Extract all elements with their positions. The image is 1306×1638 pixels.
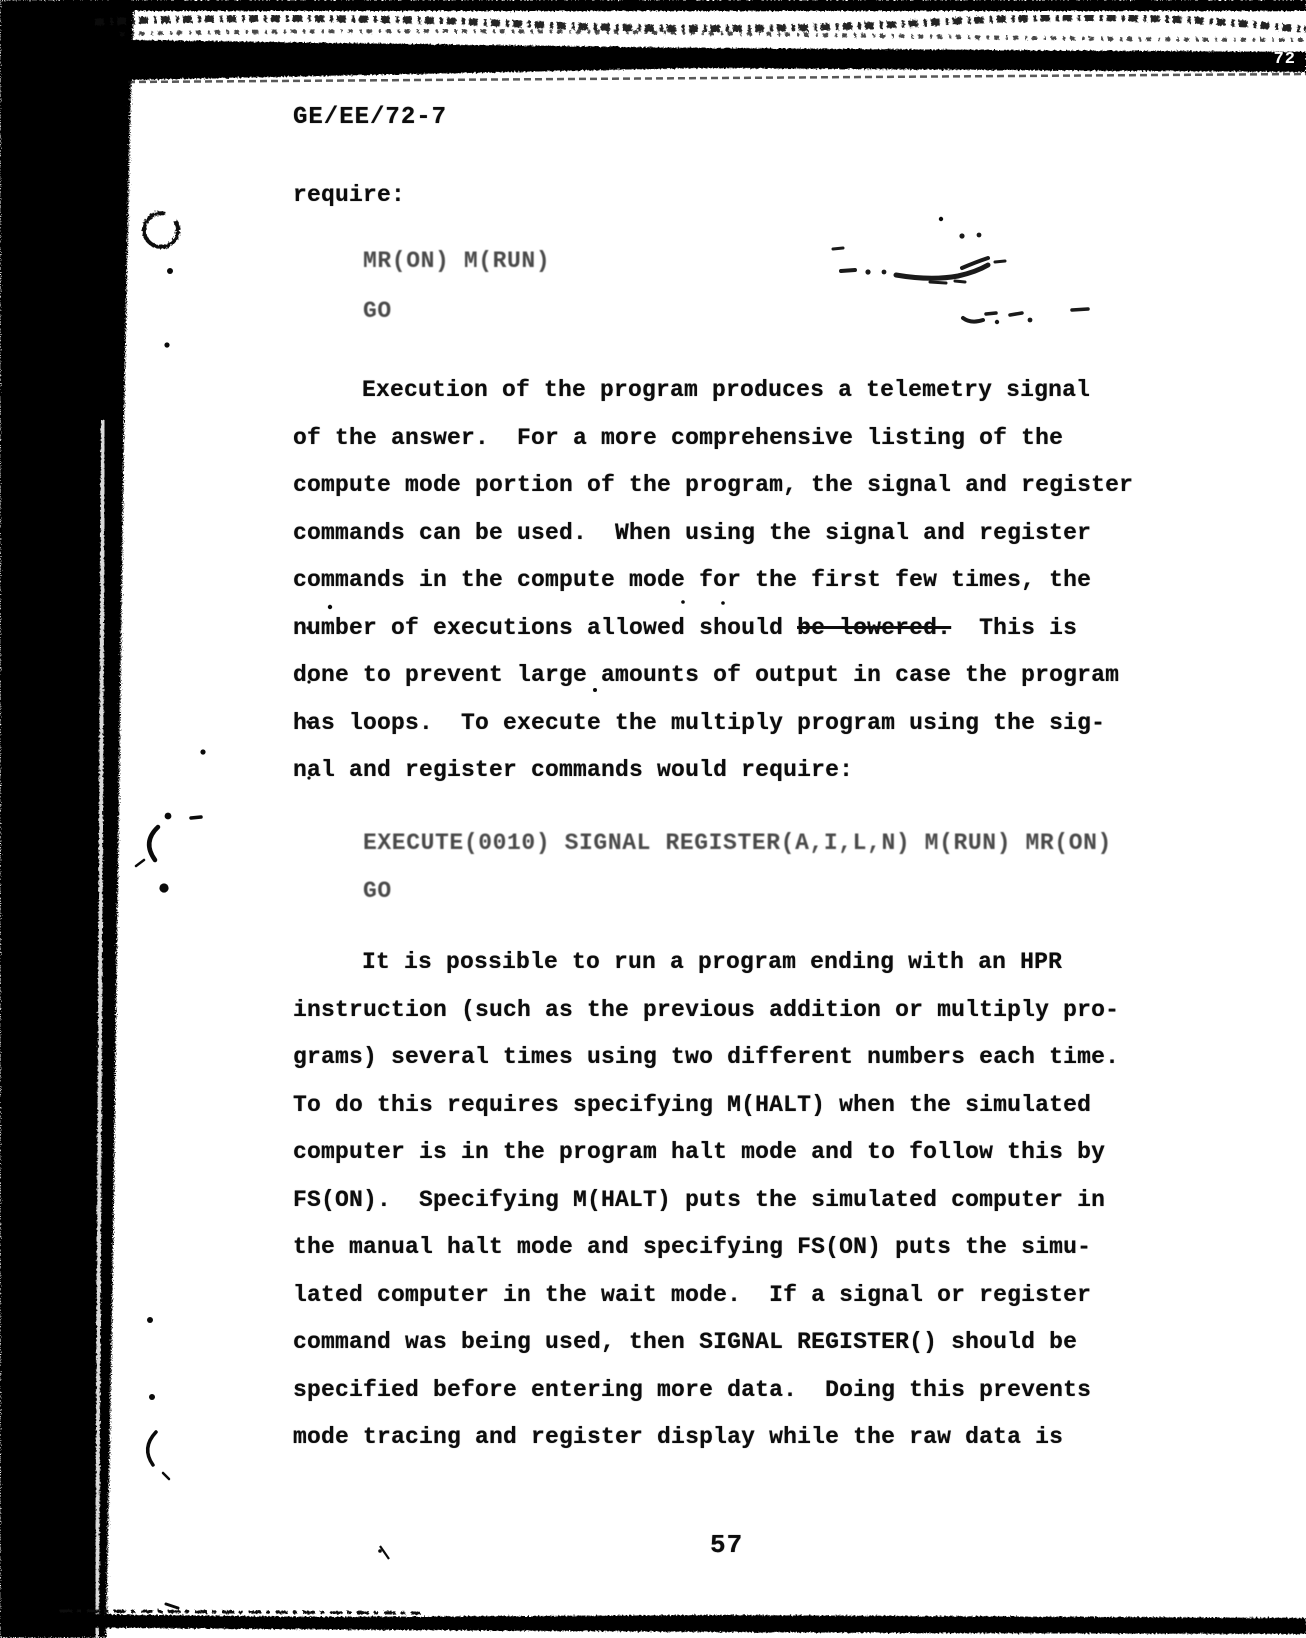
text-line: has loops. To execute the multiply progr… <box>293 700 1133 748</box>
text-line: To do this requires specifying M(HALT) w… <box>293 1082 1119 1130</box>
text-line: compute mode portion of the program, the… <box>293 462 1133 510</box>
text-line-with-strikeout: number of executions allowed should be l… <box>293 605 1133 653</box>
text-line: the manual halt mode and specifying FS(O… <box>293 1224 1119 1272</box>
paragraph-1: Execution of the program produces a tele… <box>293 367 1133 795</box>
text-line: Execution of the program produces a tele… <box>293 367 1133 415</box>
text-line: instruction (such as the previous additi… <box>293 987 1119 1035</box>
command-line-2: GO <box>363 288 392 336</box>
text-line: lated computer in the wait mode. If a si… <box>293 1272 1119 1320</box>
document-number: GE/EE/72-7 <box>293 94 447 142</box>
paragraph-2: It is possible to run a program ending w… <box>293 939 1119 1462</box>
text-line: of the answer. For a more comprehensive … <box>293 415 1133 463</box>
text-line: specified before entering more data. Doi… <box>293 1367 1119 1415</box>
command-line-execute: EXECUTE(0010) SIGNAL REGISTER(A,I,L,N) M… <box>363 820 1112 868</box>
text-line: It is possible to run a program ending w… <box>293 939 1119 987</box>
strike-pre-text: number of executions allowed should <box>293 615 797 641</box>
text-line: mode tracing and register display while … <box>293 1414 1119 1462</box>
scanned-document-page: GE/EE/72-7 require: MR(ON) M(RUN) GO Exe… <box>0 0 1306 1638</box>
page-number: 57 <box>710 1522 743 1570</box>
text-line: grams) several times using two different… <box>293 1034 1119 1082</box>
text-line: FS(ON). Specifying M(HALT) puts the simu… <box>293 1177 1119 1225</box>
text-line: commands can be used. When using the sig… <box>293 510 1133 558</box>
lead-text: require: <box>293 172 405 220</box>
text-line: done to prevent large amounts of output … <box>293 652 1133 700</box>
text-line: nal and register commands would require: <box>293 747 1133 795</box>
typewritten-content: GE/EE/72-7 require: MR(ON) M(RUN) GO Exe… <box>0 0 1306 1638</box>
text-line: commands in the compute mode for the fir… <box>293 557 1133 605</box>
corner-stamp-number: 72 <box>1274 50 1296 69</box>
strike-post-text: This is <box>951 615 1077 641</box>
struck-out-text: be lowered. <box>797 615 951 641</box>
command-line-1: MR(ON) M(RUN) <box>363 238 550 286</box>
text-line: command was being used, then SIGNAL REGI… <box>293 1319 1119 1367</box>
command-line-go: GO <box>363 868 392 916</box>
text-line: computer is in the program halt mode and… <box>293 1129 1119 1177</box>
